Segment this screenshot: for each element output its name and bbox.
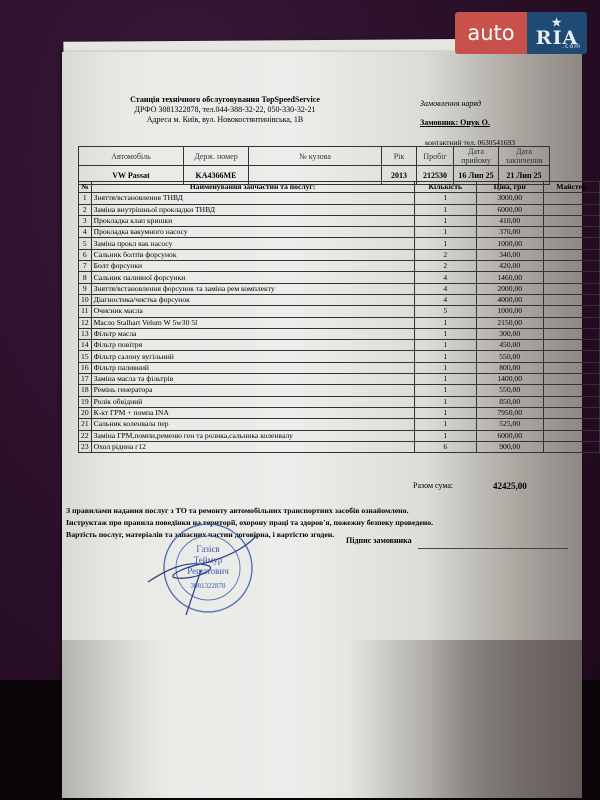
cell-num: 23 bbox=[79, 441, 92, 452]
table-row: 14Фільтр повітря1450,00 bbox=[79, 340, 600, 351]
cell-name: Заміна масла та фільтрів bbox=[91, 374, 414, 385]
cell-qty: 1 bbox=[414, 238, 476, 249]
vehicle-header-year: Рік bbox=[382, 147, 417, 166]
cell-price: 7950,00 bbox=[476, 407, 543, 418]
cell-name: Фільтр повітря bbox=[91, 340, 414, 351]
logo-ria: ★ RIA .com bbox=[527, 12, 587, 54]
cell-price: 550,00 bbox=[476, 351, 543, 362]
cell-name: Фільтр масла bbox=[91, 328, 414, 339]
cell-name: Зняття/встановлення ТНВД bbox=[91, 193, 414, 204]
cell-num: 7 bbox=[79, 261, 92, 272]
col-price: Ціна, грн bbox=[476, 182, 543, 193]
cell-price: 550,00 bbox=[476, 385, 543, 396]
cell-master bbox=[543, 306, 600, 317]
cell-name: Фільтр салону вугільний bbox=[91, 351, 414, 362]
table-row: 1Зняття/встановлення ТНВД13000,00 bbox=[79, 193, 600, 204]
cell-master bbox=[543, 340, 600, 351]
cell-num: 9 bbox=[79, 283, 92, 294]
cell-master bbox=[543, 272, 600, 283]
cell-price: 450,00 bbox=[476, 340, 543, 351]
table-row: 17Заміна масла та фільтрів11400,00 bbox=[79, 374, 600, 385]
cell-price: 3000,00 bbox=[476, 193, 543, 204]
stamp-and-signature: Газієв Теймур Решатович 3081322878 bbox=[146, 520, 261, 620]
signature-line bbox=[418, 548, 568, 549]
cell-price: 4000,00 bbox=[476, 294, 543, 305]
cell-master bbox=[543, 385, 600, 396]
station-contacts: ДРФО 3081322878, тел.044-388-32-22, 050-… bbox=[100, 105, 350, 115]
cell-num: 18 bbox=[79, 385, 92, 396]
cell-qty: 1 bbox=[414, 193, 476, 204]
cell-num: 15 bbox=[79, 351, 92, 362]
cell-price: 300,00 bbox=[476, 328, 543, 339]
vehicle-header-plate: Держ. номер bbox=[184, 147, 249, 166]
cell-master bbox=[543, 283, 600, 294]
table-row: 16Фільтр паливний1800,00 bbox=[79, 362, 600, 373]
cell-num: 19 bbox=[79, 396, 92, 407]
cell-price: 900,00 bbox=[476, 441, 543, 452]
cell-master bbox=[543, 249, 600, 260]
table-row: 7Болт форсунки2420,00 bbox=[79, 261, 600, 272]
cell-price: 340,00 bbox=[476, 249, 543, 260]
cell-name: Сальник болтів форсунок bbox=[91, 249, 414, 260]
col-num: № bbox=[79, 182, 92, 193]
cell-qty: 1 bbox=[414, 385, 476, 396]
vehicle-header-mileage: Пробіг bbox=[417, 147, 454, 166]
cell-master bbox=[543, 374, 600, 385]
table-row: 9Зняття/встановлення форсунок та заміна … bbox=[79, 283, 600, 294]
vehicle-header-date-out: Дата закінчення bbox=[499, 147, 550, 166]
cell-num: 5 bbox=[79, 238, 92, 249]
cell-master bbox=[543, 419, 600, 430]
cell-qty: 1 bbox=[414, 362, 476, 373]
cell-qty: 4 bbox=[414, 283, 476, 294]
station-header: Станція технічного обслуговування TopSpe… bbox=[100, 95, 350, 125]
cell-master bbox=[543, 430, 600, 441]
cell-qty: 1 bbox=[414, 419, 476, 430]
cell-num: 3 bbox=[79, 215, 92, 226]
table-row: 21Сальник коленвала пер1525,00 bbox=[79, 419, 600, 430]
cell-qty: 6 bbox=[414, 441, 476, 452]
cell-num: 22 bbox=[79, 430, 92, 441]
cell-price: 850,00 bbox=[476, 396, 543, 407]
station-name: Станція технічного обслуговування TopSpe… bbox=[100, 95, 350, 105]
col-name: Найменування запчастин та послуг: bbox=[91, 182, 414, 193]
vehicle-header-car: Автомобіль bbox=[79, 147, 184, 166]
cell-num: 16 bbox=[79, 362, 92, 373]
cell-master bbox=[543, 238, 600, 249]
table-row: 23Охол рідина г126900,00 bbox=[79, 441, 600, 452]
star-icon: ★ bbox=[552, 18, 563, 27]
cell-qty: 1 bbox=[414, 215, 476, 226]
vehicle-header-vin: № кузова bbox=[249, 147, 382, 166]
cell-name: Болт форсунки bbox=[91, 261, 414, 272]
cell-price: 410,00 bbox=[476, 215, 543, 226]
cell-price: 370,00 bbox=[476, 227, 543, 238]
cell-qty: 2 bbox=[414, 249, 476, 260]
cell-master bbox=[543, 215, 600, 226]
cell-name: Ролік обвідний bbox=[91, 396, 414, 407]
cell-price: 800,00 bbox=[476, 362, 543, 373]
table-row: 4Прокладка вакумного насосу1370,00 bbox=[79, 227, 600, 238]
table-row: 11Очисник масла51000,00 bbox=[79, 306, 600, 317]
total-label: Разом сума: bbox=[413, 481, 453, 490]
customer-name: Замовник: Онук О. bbox=[420, 118, 490, 127]
cell-name: Заміна ГРМ,помпи,ременю ген та ролика,са… bbox=[91, 430, 414, 441]
cell-qty: 1 bbox=[414, 407, 476, 418]
note-rules: З правилами надання послуг з ТО та ремон… bbox=[66, 505, 433, 517]
table-row: 12Масло Stalhart Velum W 5w30 5l12150,00 bbox=[79, 317, 600, 328]
cell-price: 1460,00 bbox=[476, 272, 543, 283]
cell-num: 13 bbox=[79, 328, 92, 339]
cell-price: 1000,00 bbox=[476, 238, 543, 249]
logo-auto: auto bbox=[455, 12, 527, 54]
cell-num: 6 bbox=[79, 249, 92, 260]
cell-master bbox=[543, 396, 600, 407]
table-row: 5Заміна прокл вак насосу11000,00 bbox=[79, 238, 600, 249]
table-row: 3Прокладка клап кришки1410,00 bbox=[79, 215, 600, 226]
cell-name: Зняття/встановлення форсунок та заміна р… bbox=[91, 283, 414, 294]
cell-qty: 4 bbox=[414, 294, 476, 305]
table-row: 13Фільтр масла1300,00 bbox=[79, 328, 600, 339]
vehicle-table: Автомобіль Держ. номер № кузова Рік Проб… bbox=[78, 146, 550, 185]
cell-qty: 1 bbox=[414, 227, 476, 238]
cell-qty: 1 bbox=[414, 317, 476, 328]
cell-qty: 1 bbox=[414, 328, 476, 339]
cell-price: 1400,00 bbox=[476, 374, 543, 385]
cell-master bbox=[543, 227, 600, 238]
cell-num: 20 bbox=[79, 407, 92, 418]
cell-name: Прокладка вакумного насосу bbox=[91, 227, 414, 238]
cell-num: 8 bbox=[79, 272, 92, 283]
cell-qty: 1 bbox=[414, 340, 476, 351]
cell-name: Масло Stalhart Velum W 5w30 5l bbox=[91, 317, 414, 328]
cell-num: 14 bbox=[79, 340, 92, 351]
cell-qty: 4 bbox=[414, 272, 476, 283]
cell-master bbox=[543, 407, 600, 418]
cell-price: 6000,00 bbox=[476, 204, 543, 215]
cell-num: 21 bbox=[79, 419, 92, 430]
cell-qty: 1 bbox=[414, 396, 476, 407]
table-row: 20К-кт ГРМ + помпа INA17950,00 bbox=[79, 407, 600, 418]
cell-price: 2000,00 bbox=[476, 283, 543, 294]
cell-num: 12 bbox=[79, 317, 92, 328]
services-table-body: 1Зняття/встановлення ТНВД13000,002Заміна… bbox=[79, 193, 600, 453]
cell-name: Прокладка клап кришки bbox=[91, 215, 414, 226]
cell-num: 1 bbox=[79, 193, 92, 204]
cell-name: Заміна прокл вак насосу bbox=[91, 238, 414, 249]
cell-name: Сальник коленвала пер bbox=[91, 419, 414, 430]
station-address: Адреса м. Київ, вул. Новокостянтинівська… bbox=[100, 115, 350, 125]
col-qty: Кількість bbox=[414, 182, 476, 193]
cell-price: 420,00 bbox=[476, 261, 543, 272]
table-row: 6Сальник болтів форсунок2340,00 bbox=[79, 249, 600, 260]
cell-master bbox=[543, 204, 600, 215]
cell-master bbox=[543, 362, 600, 373]
cell-num: 4 bbox=[79, 227, 92, 238]
cell-qty: 1 bbox=[414, 430, 476, 441]
cell-num: 11 bbox=[79, 306, 92, 317]
cell-qty: 1 bbox=[414, 374, 476, 385]
stamp-icon: Газієв Теймур Решатович 3081322878 bbox=[164, 524, 252, 612]
cell-master bbox=[543, 193, 600, 204]
cell-master bbox=[543, 351, 600, 362]
cell-qty: 5 bbox=[414, 306, 476, 317]
cell-price: 1000,00 bbox=[476, 306, 543, 317]
cell-master bbox=[543, 261, 600, 272]
cell-name: Ремінь генератора bbox=[91, 385, 414, 396]
cell-qty: 1 bbox=[414, 351, 476, 362]
cell-name: Сальник паливної форсунки bbox=[91, 272, 414, 283]
cell-num: 10 bbox=[79, 294, 92, 305]
svg-text:Газієв: Газієв bbox=[196, 544, 219, 554]
vehicle-header-date-in: Дата прийому bbox=[454, 147, 499, 166]
cell-name: К-кт ГРМ + помпа INA bbox=[91, 407, 414, 418]
col-master: Майстер bbox=[543, 182, 600, 193]
cell-name: Охол рідина г12 bbox=[91, 441, 414, 452]
table-row: 8Сальник паливної форсунки41460,00 bbox=[79, 272, 600, 283]
cell-qty: 2 bbox=[414, 261, 476, 272]
cell-name: Діагностика/чистка форсунок bbox=[91, 294, 414, 305]
autoria-watermark: auto ★ RIA .com bbox=[455, 12, 587, 54]
cell-name: Очисник масла bbox=[91, 306, 414, 317]
cell-master bbox=[543, 441, 600, 452]
logo-com: .com bbox=[562, 43, 581, 50]
cell-name: Заміна внутрішньої прокладки ТНВД bbox=[91, 204, 414, 215]
cell-price: 525,00 bbox=[476, 419, 543, 430]
cell-master bbox=[543, 328, 600, 339]
cell-price: 6000,00 bbox=[476, 430, 543, 441]
table-row: 22Заміна ГРМ,помпи,ременю ген та ролика,… bbox=[79, 430, 600, 441]
table-row: 18Ремінь генератора1550,00 bbox=[79, 385, 600, 396]
total-value: 42425,00 bbox=[493, 481, 527, 491]
table-row: 19Ролік обвідний1850,00 bbox=[79, 396, 600, 407]
cell-num: 17 bbox=[79, 374, 92, 385]
order-title: Замовлення наряд bbox=[420, 99, 481, 108]
cell-num: 2 bbox=[79, 204, 92, 215]
services-table: № Найменування запчастин та послуг: Кіль… bbox=[78, 181, 600, 453]
table-row: 10Діагностика/чистка форсунок44000,00 bbox=[79, 294, 600, 305]
cell-master bbox=[543, 294, 600, 305]
table-row: 2Заміна внутрішньої прокладки ТНВД16000,… bbox=[79, 204, 600, 215]
cell-name: Фільтр паливний bbox=[91, 362, 414, 373]
cell-price: 2150,00 bbox=[476, 317, 543, 328]
cell-master bbox=[543, 317, 600, 328]
cell-qty: 1 bbox=[414, 204, 476, 215]
signature-label: Підпис замовника bbox=[346, 536, 412, 545]
table-row: 15Фільтр салону вугільний1550,00 bbox=[79, 351, 600, 362]
